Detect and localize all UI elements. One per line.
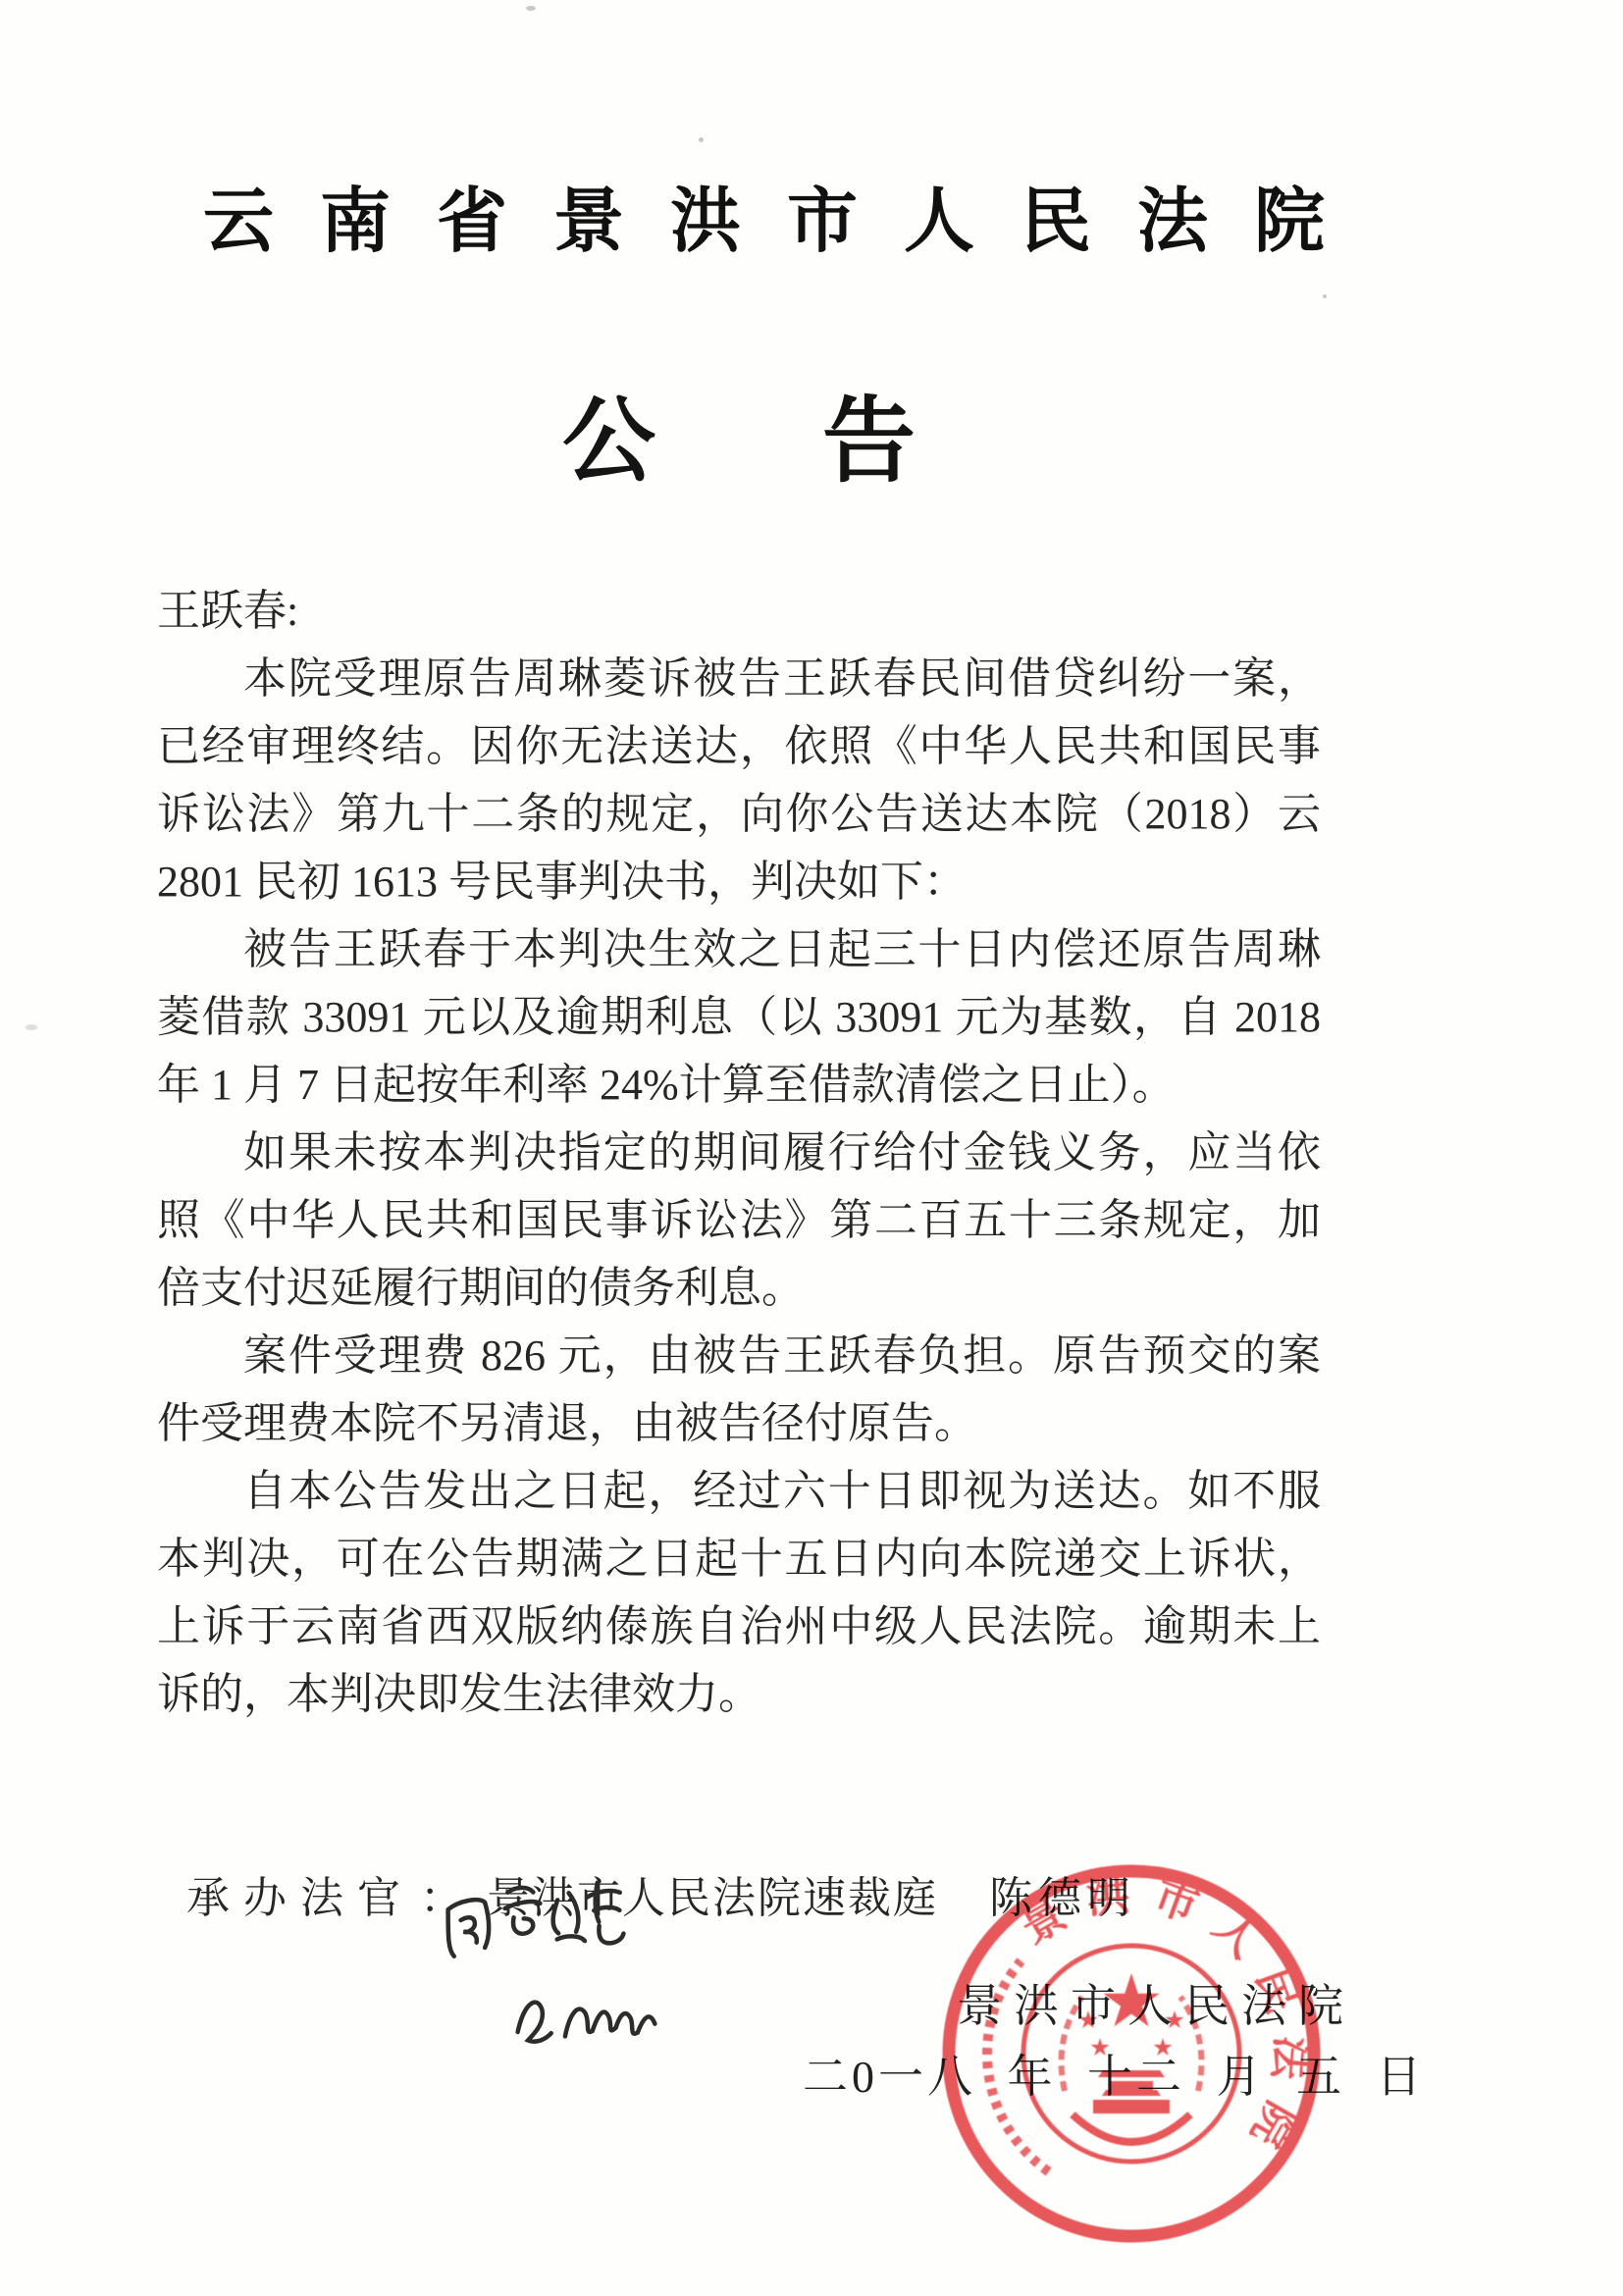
seal-ring-text: 景洪市人民法院 xyxy=(1013,1869,1315,2171)
body-paragraph: 案件受理费 826 元，由被告王跃春负担。原告预交的案件受理费本院不另清退，由被… xyxy=(157,1322,1321,1457)
official-seal: 景洪市人民法院 xyxy=(935,1857,1328,2250)
scan-speck xyxy=(26,1024,37,1030)
court-name-title: 云南省景洪市人民法院 xyxy=(157,183,1321,261)
court-announcement-page: 云南省景洪市人民法院 公告 王跃春: 本院受理原告周琳菱诉被告王跃春民间借贷纠纷… xyxy=(0,0,1623,2296)
scan-speck xyxy=(699,137,704,142)
document-content: 云南省景洪市人民法院 公告 王跃春: 本院受理原告周琳菱诉被告王跃春民间借贷纠纷… xyxy=(157,183,1321,1925)
recipient-salutation: 王跃春: xyxy=(157,577,1321,645)
seal-wheat-right xyxy=(1180,1997,1201,2091)
seal-dai-script-arc xyxy=(987,1961,1049,2172)
body-paragraph: 被告王跃春于本判决生效之日起三十日内偿还原告周琳菱借款 33091 元以及逾期利… xyxy=(157,915,1321,1119)
body-paragraph: 本院受理原告周琳菱诉被告王跃春民间借贷纠纷一案，已经审理终结。因你无法送达，依照… xyxy=(157,645,1321,915)
judge-label: 承办法官 xyxy=(186,1862,414,1925)
national-emblem xyxy=(1079,1973,1184,2113)
handwritten-signature xyxy=(503,1969,679,2066)
seal-wheat-left xyxy=(1062,1997,1082,2091)
announcement-title: 公告 xyxy=(157,392,1321,491)
body-paragraph: 如果未按本判决指定的期间履行给付金钱义务，应当依照《中华人民共和国民事诉讼法》第… xyxy=(157,1119,1321,1322)
scan-speck xyxy=(1323,294,1327,298)
scan-speck xyxy=(526,6,536,11)
announcement-body: 王跃春: 本院受理原告周琳菱诉被告王跃春民间借贷纠纷一案，已经审理终结。因你无法… xyxy=(157,577,1321,1728)
body-paragraph: 自本公告发出之日起，经过六十日即视为送达。如不服本判决，可在公告期满之日起十五日… xyxy=(157,1457,1321,1728)
seal-ribbon xyxy=(1073,2114,1190,2142)
handwritten-approval-note: 同意公告 xyxy=(438,1863,642,1978)
